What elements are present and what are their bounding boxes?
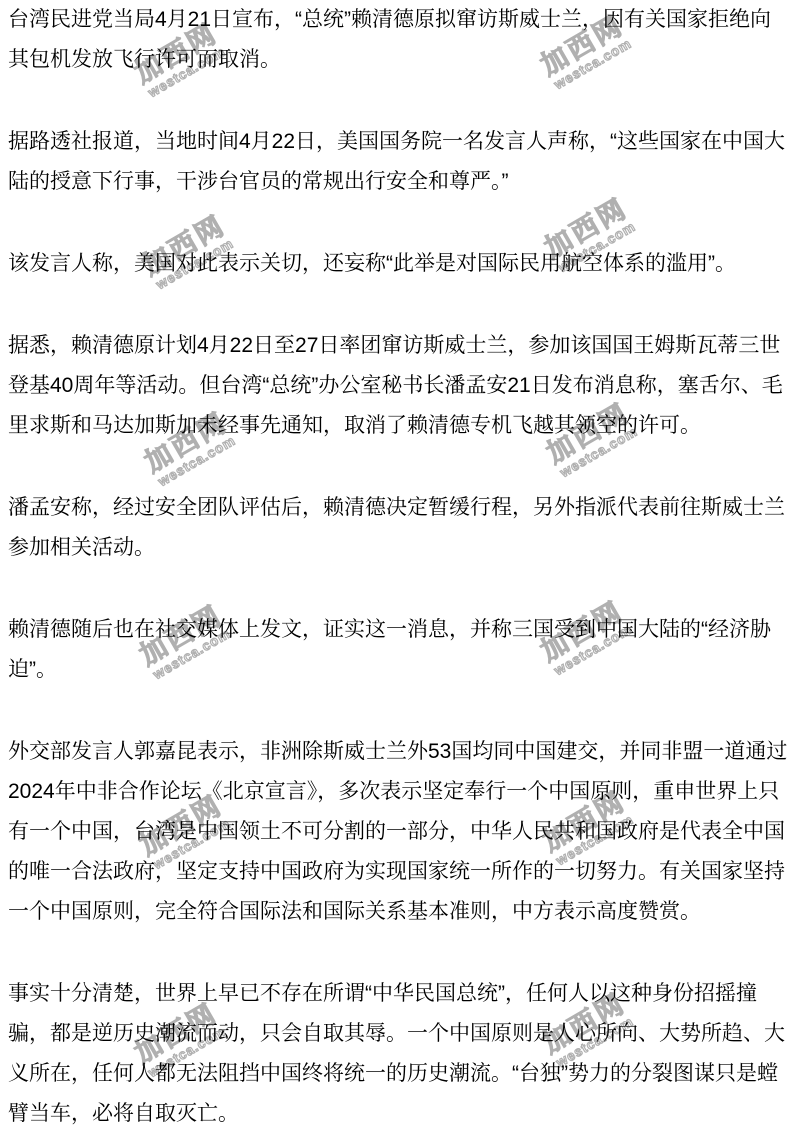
article-page: 加西网westca.com加西网westca.com加西网westca.com加…: [0, 0, 800, 1136]
article-body: 台湾民进党当局4月21日宣布，“总统”赖清德原拟窜访斯威士兰，因有关国家拒绝向其…: [0, 0, 800, 1134]
article-paragraph: 据悉，赖清德原计划4月22日至27日率团窜访斯威士兰，参加该国国王姆斯瓦蒂三世登…: [8, 326, 792, 446]
article-paragraph: 潘孟安称，经过安全团队评估后，赖清德决定暂缓行程，另外指派代表前往斯威士兰参加相…: [8, 488, 792, 568]
article-paragraph: 赖清德随后也在社交媒体上发文，证实这一消息，并称三国受到中国大陆的“经济胁迫”。: [8, 610, 792, 690]
article-paragraph: 台湾民进党当局4月21日宣布，“总统”赖清德原拟窜访斯威士兰，因有关国家拒绝向其…: [8, 0, 792, 80]
article-paragraph: 事实十分清楚，世界上早已不存在所谓“中华民国总统”，任何人以这种身份招摇撞骗，都…: [8, 974, 792, 1134]
article-paragraph: 据路透社报道，当地时间4月22日，美国国务院一名发言人声称，“这些国家在中国大陆…: [8, 122, 792, 202]
article-paragraph: 该发言人称，美国对此表示关切，还妄称“此举是对国际民用航空体系的滥用”。: [8, 244, 792, 284]
article-paragraph: 外交部发言人郭嘉昆表示，非洲除斯威士兰外53国均同中国建交，并同非盟一道通过20…: [8, 732, 792, 932]
